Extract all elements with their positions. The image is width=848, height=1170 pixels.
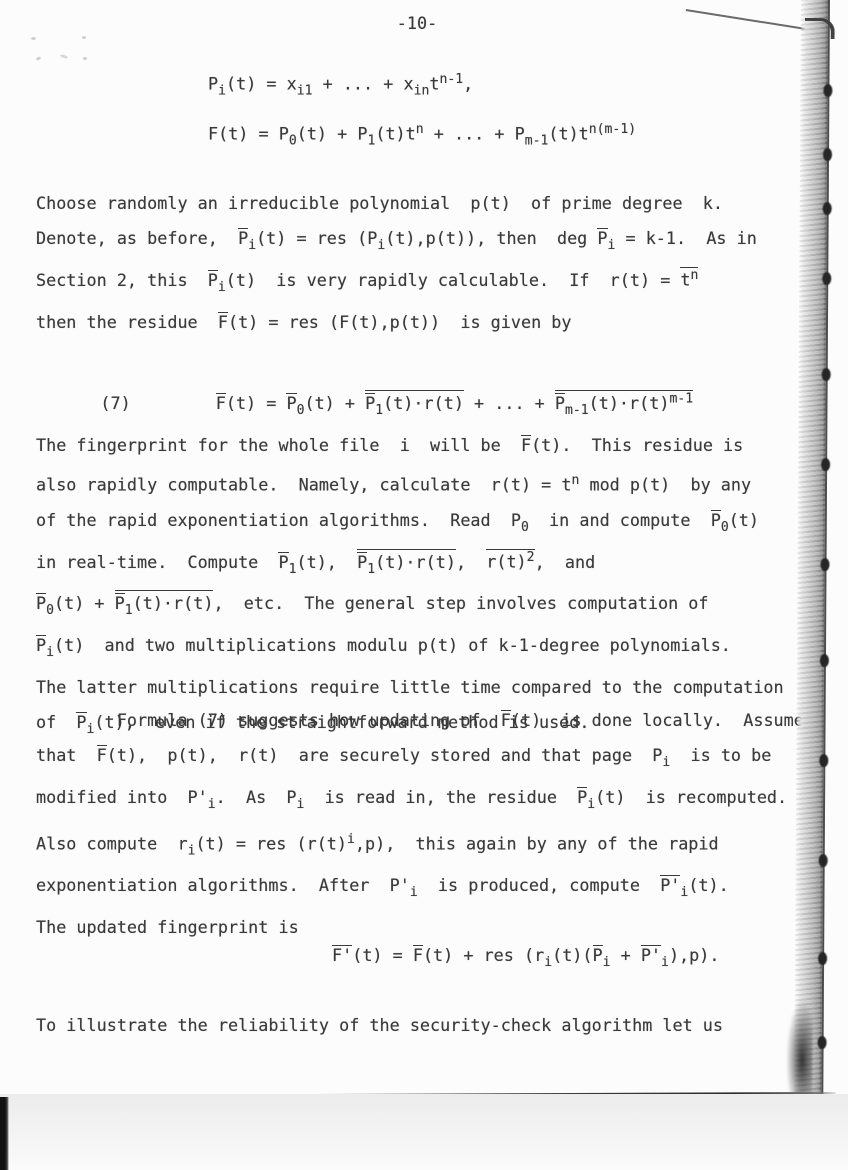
text-line: Also compute ri(t) = res (r(t)i,p), this… xyxy=(36,822,804,869)
subscript: i xyxy=(208,797,216,812)
subscript: i xyxy=(603,955,611,970)
binding-bump xyxy=(822,368,831,381)
subscript: 1 xyxy=(367,134,375,149)
equation-page-polynomial: Pi(t) = xi1 + ... + xintn-1, xyxy=(208,62,473,109)
binding-bump xyxy=(820,654,829,667)
subscript: 0 xyxy=(46,603,54,618)
overline: P1(t)·r(t) xyxy=(357,549,456,577)
text-line: then the residue F(t) = res (F(t),p(t)) … xyxy=(36,305,757,340)
overline: P1(t)·r(t) xyxy=(115,590,214,618)
overline: P xyxy=(593,945,603,965)
overline: tn xyxy=(680,267,698,289)
overline: r(t)2 xyxy=(486,549,534,571)
subscript: i xyxy=(608,238,616,253)
subscript: i xyxy=(46,645,54,660)
subscript: i xyxy=(218,84,226,99)
overline: P xyxy=(555,393,565,413)
superscript: n(m-1) xyxy=(589,122,636,137)
subscript: 0 xyxy=(521,520,529,535)
subscript: i xyxy=(296,797,304,812)
subscript: i xyxy=(218,280,226,295)
subscript: i1 xyxy=(297,84,313,99)
overline: P xyxy=(286,393,296,413)
binding-bump xyxy=(820,558,829,571)
subscript: i xyxy=(661,955,669,970)
superscript: n xyxy=(691,268,699,283)
subscript: in xyxy=(414,84,430,99)
text-line: Formula (7) suggests how updating of F(t… xyxy=(36,703,804,738)
binding-bump xyxy=(823,202,832,215)
subscript: 1 xyxy=(375,403,383,418)
overline: F xyxy=(218,312,228,332)
subscript: i xyxy=(410,885,418,900)
overline: F xyxy=(501,710,511,730)
overline: F xyxy=(97,745,107,765)
overline: Pm-1(t)·r(t)m-1 xyxy=(555,390,693,418)
overline: P xyxy=(597,228,607,248)
subscript: i xyxy=(587,797,595,812)
text-line: Section 2, this Pi(t) is very rapidly ca… xyxy=(36,263,757,305)
subscript: 1 xyxy=(289,561,297,576)
paragraph-fingerprint-computation: The fingerprint for the whole file i wil… xyxy=(36,428,784,747)
scan-speck xyxy=(31,37,36,40)
binding-bump xyxy=(819,754,828,767)
scan-speck xyxy=(60,54,69,59)
equation-file-polynomial: F(t) = P0(t) + P1(t)tn + ... + Pm-1(t)tn… xyxy=(208,112,636,159)
overline: P1(t)·r(t) xyxy=(365,390,464,418)
text-line: exponentiation algorithms. After P'i is … xyxy=(36,868,804,910)
overline: F' xyxy=(332,945,352,965)
superscript: n xyxy=(416,122,424,137)
binding-edge xyxy=(794,0,830,1098)
subscript: 0 xyxy=(297,403,305,418)
text-line: that F(t), p(t), r(t) are securely store… xyxy=(36,738,804,780)
overline: P xyxy=(36,593,46,613)
scan-speck xyxy=(83,57,87,60)
subscript: 1 xyxy=(125,603,133,618)
scanned-page: -10- Pi(t) = xi1 + ... + xintn-1, F(t) =… xyxy=(0,0,848,1170)
overline: P xyxy=(357,552,367,572)
text-line: Choose randomly an irreducible polynomia… xyxy=(36,186,757,221)
text-line: The fingerprint for the whole file i wil… xyxy=(36,428,784,463)
equation-7-label: (7) xyxy=(100,393,130,413)
subscript: i xyxy=(377,238,385,253)
overline: F xyxy=(521,435,531,455)
binding-bump xyxy=(821,458,830,471)
overline: P xyxy=(208,270,218,290)
equation-7-formula: F(t) = P0(t) + P1(t)·r(t) + ... + Pm-1(t… xyxy=(216,393,693,413)
text-line: also rapidly computable. Namely, calcula… xyxy=(36,463,784,503)
underlying-page-area xyxy=(0,1094,848,1170)
subscript: i xyxy=(188,843,196,858)
superscript: 2 xyxy=(527,550,535,565)
subscript: i xyxy=(662,755,670,770)
overline: F xyxy=(413,945,423,965)
scan-speck xyxy=(36,56,42,61)
superscript: i xyxy=(347,832,355,847)
text-line: P0(t) + P1(t)·r(t), etc. The general ste… xyxy=(36,586,784,628)
subscript: i xyxy=(544,955,552,970)
overline: P xyxy=(238,228,248,248)
text-line: Pi(t) and two multiplications modulu p(t… xyxy=(36,628,784,670)
binding-hook xyxy=(805,18,835,39)
overline: P xyxy=(577,787,587,807)
text-line: of the rapid exponentiation algorithms. … xyxy=(36,503,784,545)
overline: F xyxy=(216,393,226,413)
overline: P xyxy=(115,593,125,613)
text-line: in real-time. Compute P1(t), P1(t)·r(t),… xyxy=(36,545,784,587)
overline: P' xyxy=(641,945,661,965)
binding-smudge xyxy=(786,1000,813,1100)
superscript: n-1 xyxy=(439,72,463,87)
overline: P xyxy=(365,393,375,413)
paragraph-local-update: Formula (7) suggests how updating of F(t… xyxy=(36,703,804,945)
binding-bump xyxy=(823,148,832,161)
closing-line: To illustrate the reliability of the sec… xyxy=(36,1008,723,1043)
binding-bump xyxy=(818,1036,827,1049)
subscript: 0 xyxy=(289,134,297,149)
scan-speck xyxy=(82,36,86,39)
text-line: Denote, as before, Pi(t) = res (Pi(t),p(… xyxy=(36,221,757,263)
overline: P' xyxy=(660,875,680,895)
superscript: m-1 xyxy=(669,391,693,406)
subscript: i xyxy=(680,885,688,900)
binding-bump xyxy=(818,952,827,965)
subscript: i xyxy=(248,238,256,253)
binding-bump xyxy=(823,84,832,97)
paragraph-choose-polynomial: Choose randomly an irreducible polynomia… xyxy=(36,186,757,340)
subscript: m-1 xyxy=(565,403,589,418)
overline: P xyxy=(278,552,288,572)
subscript: 0 xyxy=(721,520,729,535)
overline: P xyxy=(711,510,721,530)
bottom-left-mark xyxy=(0,1097,9,1170)
text-line: modified into P'i. As Pi is read in, the… xyxy=(36,780,804,822)
superscript: n xyxy=(571,473,579,488)
subscript: m-1 xyxy=(525,134,549,149)
binding-bump xyxy=(822,272,831,285)
text-line: The latter multiplications require littl… xyxy=(36,670,784,705)
overline: P xyxy=(36,635,46,655)
subscript: 1 xyxy=(367,561,375,576)
binding-bump xyxy=(819,854,828,867)
equation-updated-fingerprint: F'(t) = F(t) + res (ri(t)(Pi + P'i),p). xyxy=(332,938,719,980)
